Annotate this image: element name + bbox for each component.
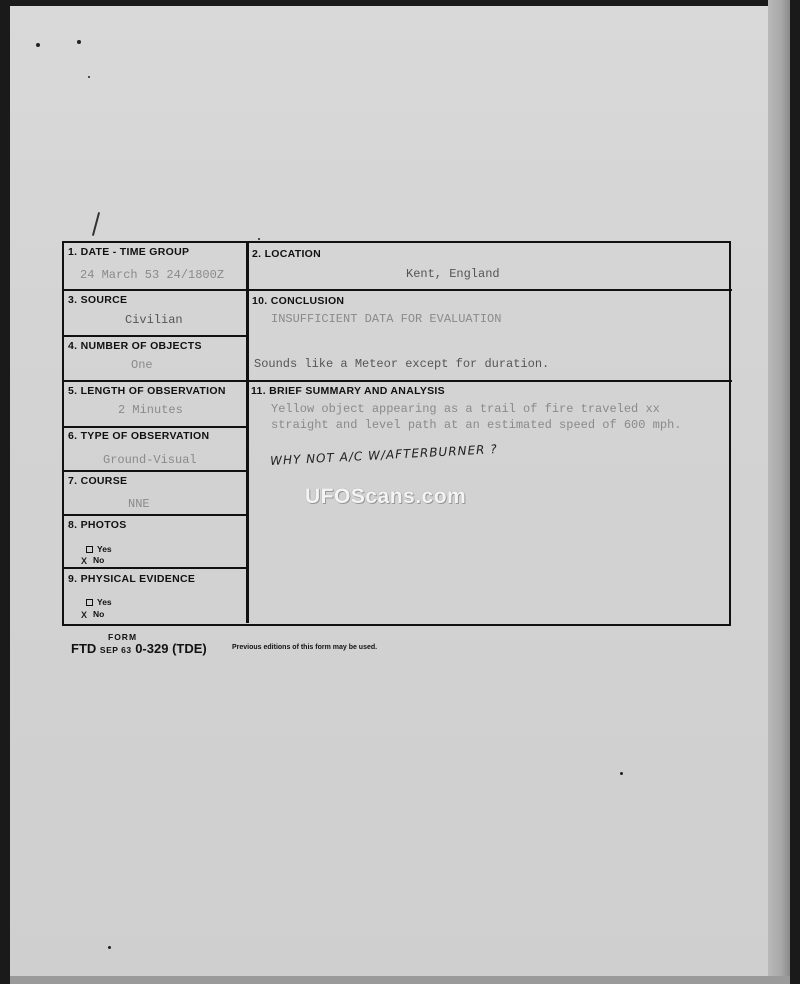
course-label: 7. COURSE	[68, 475, 127, 487]
type-of-observation-value: Ground-Visual	[103, 453, 197, 467]
footer-form-code: FTD SEP 63 0-329 (TDE)	[71, 641, 207, 656]
scan-speck	[88, 76, 90, 78]
scan-speck	[108, 946, 111, 949]
scan-speck	[258, 238, 260, 240]
scan-speck	[36, 43, 40, 47]
row-divider	[64, 567, 249, 569]
row-divider	[64, 470, 249, 472]
watermark: UFOScans.com	[305, 485, 466, 509]
physical-evidence-no-option[interactable]: XNo	[81, 609, 104, 620]
physical-evidence-label: 9. PHYSICAL EVIDENCE	[68, 573, 195, 585]
checkbox-checked-x-icon[interactable]: X	[81, 610, 91, 620]
length-of-observation-label: 5. LENGTH OF OBSERVATION	[68, 385, 226, 397]
source-value: Civilian	[125, 313, 183, 327]
page-edge-bottom	[10, 976, 790, 984]
physical-evidence-yes-option[interactable]: Yes	[86, 597, 112, 607]
type-of-observation-label: 6. TYPE OF OBSERVATION	[68, 430, 209, 442]
length-of-observation-value: 2 Minutes	[118, 403, 183, 417]
number-of-objects-value: One	[131, 358, 153, 372]
row-divider	[64, 426, 249, 428]
summary-line-1: Yellow object appearing as a trail of fi…	[271, 402, 660, 416]
footer-date: SEP 63	[100, 645, 132, 655]
footer-note: Previous editions of this form may be us…	[232, 644, 377, 651]
checkbox-checked-x-icon[interactable]: X	[81, 556, 91, 566]
location-label: 2. LOCATION	[252, 248, 321, 260]
scan-speck	[620, 772, 623, 775]
number-of-objects-label: 4. NUMBER OF OBJECTS	[68, 340, 202, 352]
photos-yes-option[interactable]: Yes	[86, 544, 112, 554]
photos-label: 8. PHOTOS	[68, 519, 127, 531]
page-edge-shadow	[768, 0, 790, 984]
row-divider	[64, 380, 732, 382]
source-label: 3. SOURCE	[68, 294, 127, 306]
course-value: NNE	[128, 497, 150, 511]
row-divider	[64, 289, 732, 291]
row-divider	[64, 514, 249, 516]
conclusion-label: 10. CONCLUSION	[252, 295, 344, 307]
checkbox-unchecked-icon[interactable]	[86, 599, 93, 606]
photos-no-option[interactable]: XNo	[81, 555, 104, 566]
scan-speck	[77, 40, 81, 44]
date-time-group-value: 24 March 53 24/1800Z	[80, 268, 224, 282]
conclusion-value: INSUFFICIENT DATA FOR EVALUATION	[271, 312, 501, 326]
date-time-group-label: 1. DATE - TIME GROUP	[68, 246, 189, 258]
conclusion-note: Sounds like a Meteor except for duration…	[254, 357, 549, 371]
footer-number: 0-329 (TDE)	[135, 641, 207, 656]
summary-line-2: straight and level path at an estimated …	[271, 418, 681, 432]
summary-label: 11. BRIEF SUMMARY AND ANALYSIS	[251, 385, 445, 397]
column-divider	[246, 243, 249, 623]
footer-prefix: FTD	[71, 641, 96, 656]
row-divider	[64, 335, 247, 337]
location-value: Kent, England	[406, 267, 500, 281]
checkbox-unchecked-icon[interactable]	[86, 546, 93, 553]
